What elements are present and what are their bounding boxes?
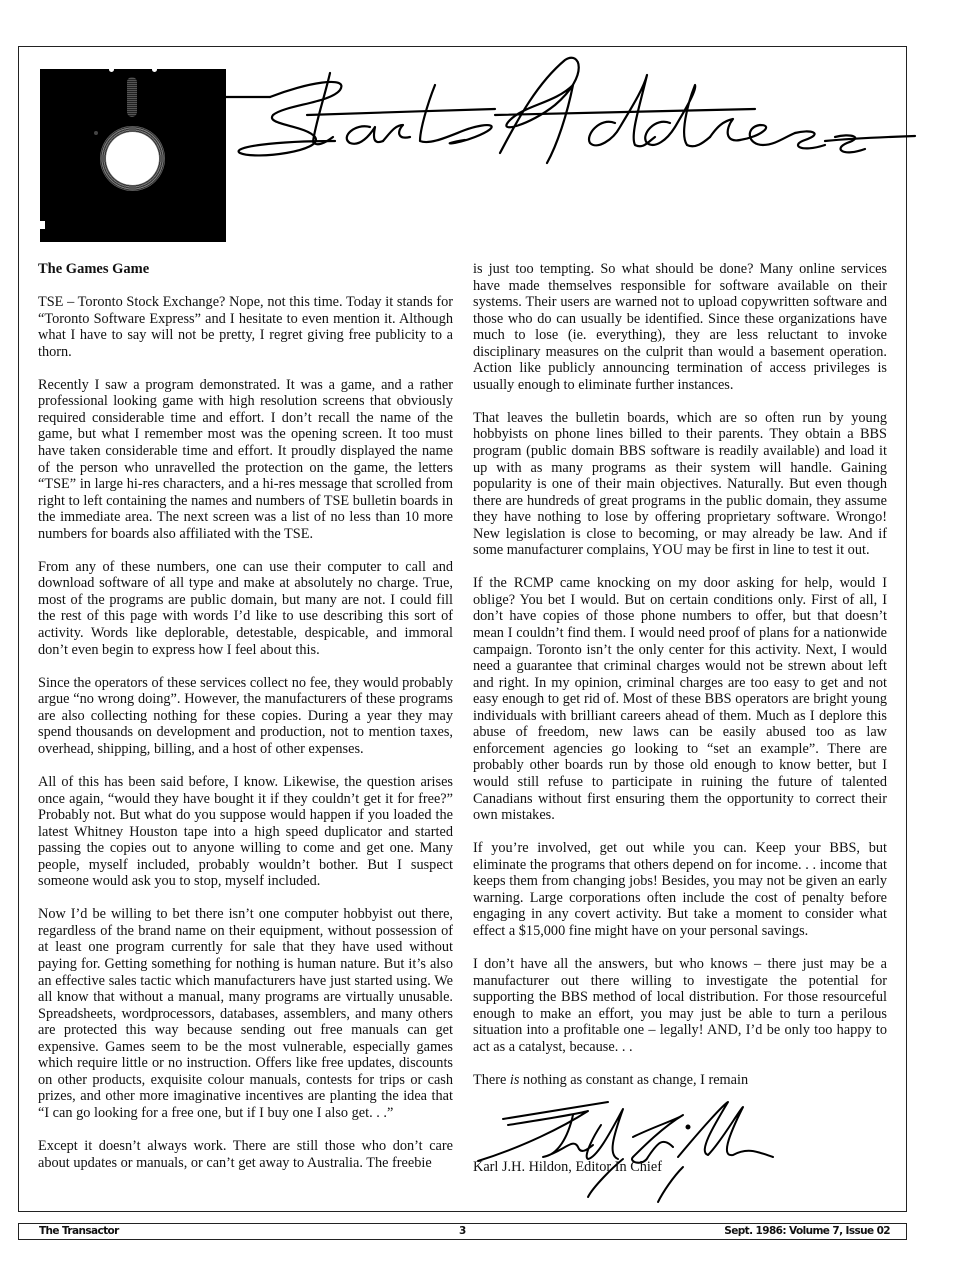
article-paragraph: Except it doesn’t always work. There are… xyxy=(38,1138,453,1171)
article-left-column: The Games Game TSE – Toronto Stock Excha… xyxy=(38,261,453,1188)
article-paragraph: If the RCMP came knocking on my door ask… xyxy=(473,575,887,823)
article-right-column: is just too tempting. So what should be … xyxy=(473,261,887,1181)
footer-page-number: 3 xyxy=(459,1225,466,1238)
article-paragraph: That leaves the bulletin boards, which a… xyxy=(473,410,887,559)
closing-text: There xyxy=(473,1072,510,1088)
footer-issue: Sept. 1986: Volume 7, Issue 02 xyxy=(724,1225,890,1238)
article-paragraph: Since the operators of these services co… xyxy=(38,675,453,758)
page-footer: The Transactor 3 Sept. 1986: Volume 7, I… xyxy=(18,1223,907,1240)
closing-text: nothing as constant as change, I remain xyxy=(519,1072,748,1088)
article-paragraph: From any of these numbers, one can use t… xyxy=(38,559,453,658)
signature-icon xyxy=(473,1097,803,1197)
article-paragraph: All of this has been said before, I know… xyxy=(38,774,453,890)
article-paragraph: TSE – Toronto Stock Exchange? Nope, not … xyxy=(38,294,453,360)
signature-block: Karl J.H. Hildon, Editor In Chief xyxy=(473,1105,887,1181)
closing-line: There is nothing as constant as change, … xyxy=(473,1072,887,1089)
start-address-title: Start Address xyxy=(135,45,935,170)
article-paragraph: If you’re involved, get out while you ca… xyxy=(473,840,887,939)
floppy-write-protect xyxy=(40,221,45,229)
signature-name: Karl J.H. Hildon, Editor In Chief xyxy=(473,1159,662,1176)
floppy-notch xyxy=(109,69,114,72)
article-paragraph: Recently I saw a program demonstrated. I… xyxy=(38,377,453,542)
article-paragraph: Now I’d be willing to bet there isn’t on… xyxy=(38,906,453,1121)
article-paragraph: I don’t have all the answers, but who kn… xyxy=(473,956,887,1055)
floppy-index-hole xyxy=(94,131,98,135)
article-heading: The Games Game xyxy=(38,261,453,278)
footer-publication: The Transactor xyxy=(39,1225,119,1238)
article-paragraph: is just too tempting. So what should be … xyxy=(473,261,887,393)
